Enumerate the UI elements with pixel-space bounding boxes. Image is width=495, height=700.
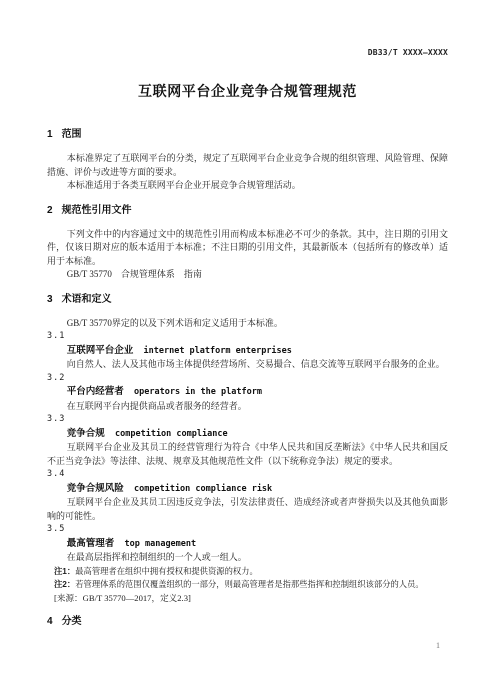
term-entry: 平台内经营者operators in the platform <box>47 385 448 400</box>
note-text: 若管理体系的范围仅覆盖组织的一部分，则最高管理者是指那些指挥和控制组织该部分的人… <box>75 580 423 589</box>
clause-heading: 4分类 <box>47 615 448 628</box>
page-number: 1 <box>436 641 440 650</box>
term-entry: 互联网平台企业internet platform enterprises <box>47 344 448 359</box>
clause-heading-title: 规范性引用文件 <box>62 205 132 216</box>
note: 注2：若管理体系的范围仅覆盖组织的一部分，则最高管理者是指那些指挥和控制组织该部… <box>47 578 448 592</box>
document-title: 互联网平台企业竞争合规管理规范 <box>47 83 448 100</box>
paragraph: 本标准适用于各类互联网平台企业开展竞争合规管理活动。 <box>47 179 448 193</box>
paragraph: GB/T 35770界定的以及下列术语和定义适用于本标准。 <box>47 317 448 331</box>
term-name-en: operators in the platform <box>134 387 262 397</box>
note-label: 注1： <box>54 566 75 576</box>
term-entry: 竞争合规competition compliance <box>47 427 448 442</box>
document-body: 1范围本标准界定了互联网平台的分类，规定了互联网平台企业竞争合规的组织管理、风险… <box>47 128 448 628</box>
term-entry: 最高管理者top management <box>47 537 448 552</box>
clause-heading-title: 术语和定义 <box>62 294 112 305</box>
document-number: DB33/T XXXX—XXXX <box>47 48 448 58</box>
clause-heading-number: 4 <box>47 616 53 627</box>
term-name-zh: 平台内经营者 <box>67 386 124 397</box>
clause-heading-number: 1 <box>47 129 53 140</box>
clause-heading: 2规范性引用文件 <box>47 204 448 217</box>
clause-heading: 1范围 <box>47 128 448 141</box>
paragraph: 互联网平台企业及其员工因违反竞争法，引发法律责任、造成经济或者声誉损失以及其他负… <box>47 496 448 523</box>
paragraph: 本标准界定了互联网平台的分类，规定了互联网平台企业竞争合规的组织管理、风险管理、… <box>47 152 448 179</box>
clause-heading-number: 3 <box>47 294 53 305</box>
note-text: 最高管理者在组织中拥有授权和提供资源的权力。 <box>75 567 258 576</box>
term-clause-number: 3.4 <box>47 468 448 482</box>
term-clause-number: 3.2 <box>47 372 448 386</box>
term-clause-number: 3.5 <box>47 523 448 537</box>
clause-heading-title: 分类 <box>62 616 82 627</box>
term-name-zh: 最高管理者 <box>67 538 115 549</box>
paragraph: 互联网平台企业及其员工的经营管理行为符合《中华人民共和国反垄断法》《中华人民共和… <box>47 441 448 468</box>
source-reference: [来源：GB/T 35770—2017，定义2.3] <box>47 592 448 605</box>
term-clause-number: 3.3 <box>47 413 448 427</box>
paragraph: 下列文件中的内容通过文中的规范性引用而构成本标准必不可少的条款。其中，注日期的引… <box>47 228 448 269</box>
note: 注1：最高管理者在组织中拥有授权和提供资源的权力。 <box>47 565 448 579</box>
term-name-en: top management <box>125 539 197 549</box>
document-page: DB33/T XXXX—XXXX 互联网平台企业竞争合规管理规范 1范围本标准界… <box>0 0 495 700</box>
paragraph: GB/T 35770 合规管理体系 指南 <box>47 268 448 282</box>
term-name-zh: 竞争合规风险 <box>67 483 124 494</box>
term-clause-number: 3.1 <box>47 330 448 344</box>
clause-heading: 3术语和定义 <box>47 293 448 306</box>
paragraph: 在最高层指挥和控制组织的一个人或一组人。 <box>47 551 448 565</box>
term-entry: 竞争合规风险competition compliance risk <box>47 482 448 497</box>
term-name-zh: 竞争合规 <box>67 428 105 439</box>
term-name-en: internet platform enterprises <box>144 346 292 356</box>
paragraph: 在互联网平台内提供商品或者服务的经营者。 <box>47 400 448 414</box>
clause-heading-number: 2 <box>47 205 53 216</box>
term-name-zh: 互联网平台企业 <box>67 345 134 356</box>
term-name-en: competition compliance risk <box>134 484 272 494</box>
term-name-en: competition compliance <box>115 429 228 439</box>
note-label: 注2： <box>54 579 75 589</box>
clause-heading-title: 范围 <box>62 129 82 140</box>
paragraph: 向自然人、法人及其他市场主体提供经营场所、交易撮合、信息交流等互联网平台服务的企… <box>47 358 448 372</box>
